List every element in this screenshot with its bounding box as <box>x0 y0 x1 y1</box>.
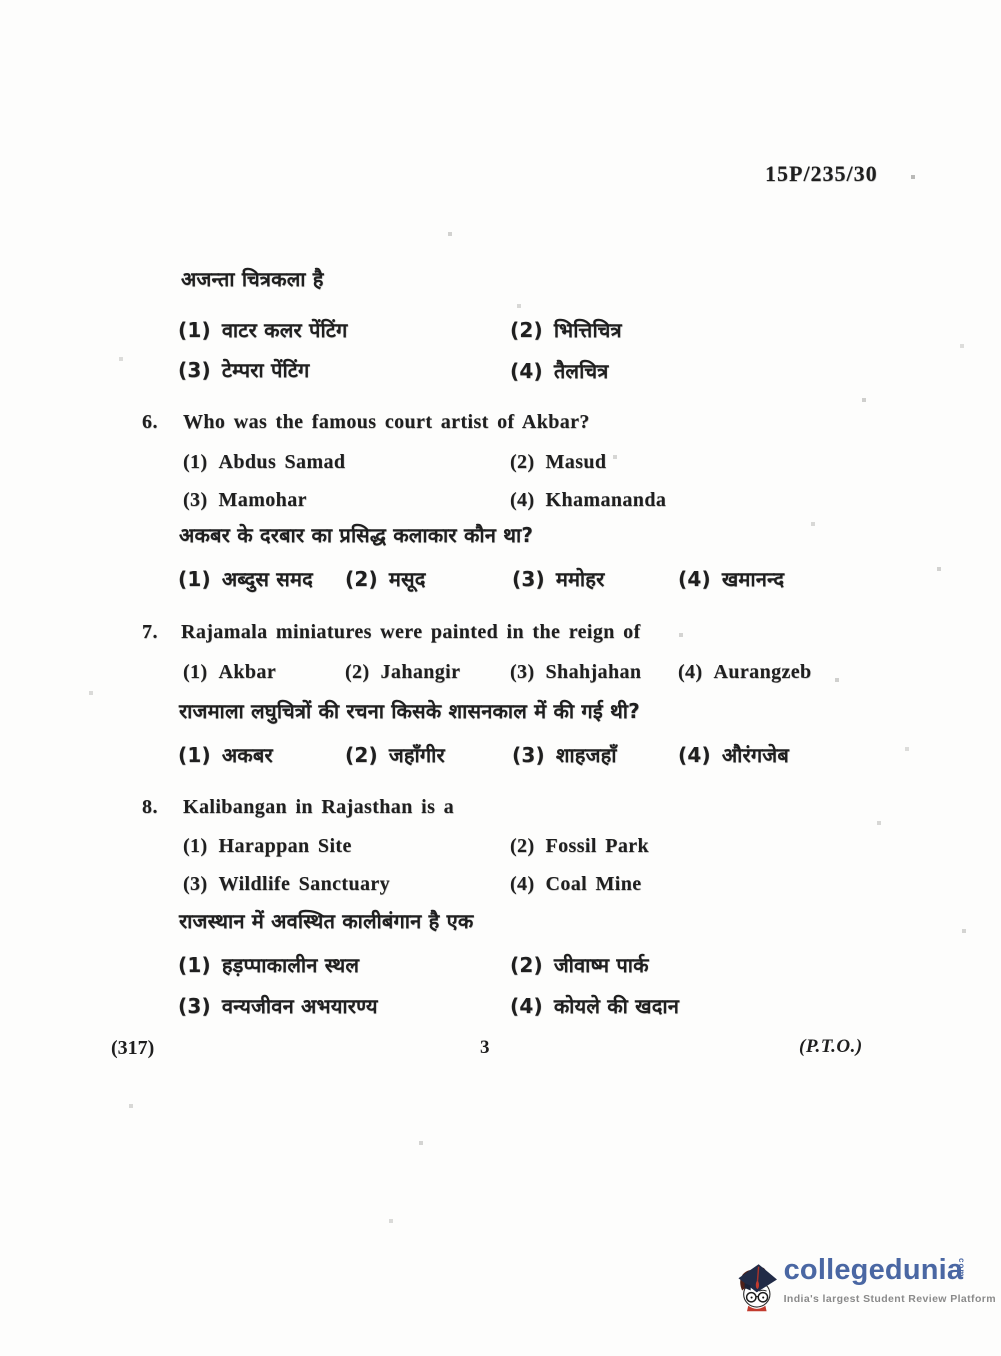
question-7-option-hi-4: (4)औरंगजेब <box>678 741 789 768</box>
option-text: वन्यजीवन अभयारण्य <box>222 994 378 1018</box>
option-marker: (4) <box>510 359 543 383</box>
option-marker: (4) <box>678 743 711 767</box>
option-marker: (3) <box>183 873 208 895</box>
option-text: Akbar <box>219 661 277 683</box>
option-text: टेम्परा पेंटिंग <box>222 358 310 382</box>
question-8-number: 8. <box>142 796 158 819</box>
question-6-stem-en: Who was the famous court artist of Akbar… <box>183 411 590 434</box>
option-marker: (1) <box>183 835 208 857</box>
question-8-stem-en: Kalibangan in Rajasthan is a <box>183 796 454 819</box>
option-text: तैलचित्र <box>554 359 609 383</box>
option-text: Harappan Site <box>219 835 352 857</box>
option-marker: (3) <box>512 743 545 767</box>
question-8-option-en-4: (4)Coal Mine <box>510 873 642 896</box>
option-marker: (1) <box>178 953 211 977</box>
pto-label: (P.T.O.) <box>799 1036 863 1058</box>
option-marker: (4) <box>678 567 711 591</box>
question-5-option-hi-1: (1)वाटर कलर पेंटिंग <box>178 316 347 343</box>
option-marker: (3) <box>178 358 211 382</box>
question-6-stem-hi: अकबर के दरबार का प्रसिद्ध कलाकार कौन था? <box>179 521 533 548</box>
option-text: अब्दुस समद <box>222 567 313 591</box>
option-marker: (2) <box>510 953 543 977</box>
option-text: भित्तिचित्र <box>554 318 622 342</box>
collegedunia-logo: collegedunia com India's largest Student… <box>736 1242 996 1328</box>
logo-brand-name: collegedunia <box>784 1256 964 1285</box>
question-8-stem-hi: राजस्थान में अवस्थित कालीबंगान है एक <box>179 907 473 934</box>
question-6-number: 6. <box>142 411 158 434</box>
option-text: Mamohar <box>219 489 307 511</box>
option-text: Jahangir <box>381 661 461 683</box>
question-8-option-en-2: (2)Fossil Park <box>510 835 649 858</box>
logo-domain-suffix: com <box>957 1258 966 1277</box>
question-8-option-hi-1: (1)हड़प्पाकालीन स्थल <box>178 951 359 978</box>
paper-code: 15P/235/30 <box>765 161 878 187</box>
option-marker: (1) <box>183 661 208 683</box>
question-8-option-hi-2: (2)जीवाष्म पार्क <box>510 951 649 978</box>
logo-tagline: India's largest Student Review Platform <box>784 1293 996 1305</box>
option-marker: (3) <box>183 489 208 511</box>
option-text: Aurangzeb <box>714 661 812 683</box>
option-marker: (2) <box>510 835 535 857</box>
option-text: हड़प्पाकालीन स्थल <box>222 953 359 977</box>
question-8-option-hi-4: (4)कोयले की खदान <box>510 992 679 1019</box>
option-marker: (2) <box>345 743 378 767</box>
question-8-option-en-1: (1)Harappan Site <box>183 835 352 858</box>
option-text: Coal Mine <box>546 873 642 895</box>
question-7-number: 7. <box>142 621 158 644</box>
option-marker: (4) <box>510 994 543 1018</box>
question-7-option-hi-1: (1)अकबर <box>178 741 273 768</box>
option-text: जीवाष्म पार्क <box>554 953 649 977</box>
option-marker: (2) <box>510 451 535 473</box>
question-6-option-en-2: (2)Masud <box>510 451 606 474</box>
option-marker: (4) <box>678 661 703 683</box>
question-7-option-en-3: (3)Shahjahan <box>510 661 641 684</box>
option-marker: (3) <box>512 567 545 591</box>
question-5-option-hi-2: (2)भित्तिचित्र <box>510 316 622 343</box>
option-text: कोयले की खदान <box>554 994 679 1018</box>
question-7-option-en-4: (4)Aurangzeb <box>678 661 812 684</box>
question-7-stem-en: Rajamala miniatures were painted in the … <box>181 621 641 644</box>
logo-text-block: collegedunia com India's largest Student… <box>784 1242 996 1305</box>
scan-noise <box>0 0 2 2</box>
option-marker: (3) <box>178 994 211 1018</box>
question-5-option-hi-4: (4)तैलचित्र <box>510 357 609 384</box>
question-7-option-en-2: (2)Jahangir <box>345 661 460 684</box>
question-6-option-hi-4: (4)खमानन्द <box>678 565 784 592</box>
option-text: Abdus Samad <box>219 451 346 473</box>
option-text: Khamananda <box>546 489 667 511</box>
question-6-option-hi-3: (3)ममोहर <box>512 565 605 592</box>
option-marker: (2) <box>345 567 378 591</box>
option-marker: (1) <box>183 451 208 473</box>
question-6-option-en-3: (3)Mamohar <box>183 489 307 512</box>
option-marker: (1) <box>178 318 211 342</box>
collegedunia-mascot-icon <box>736 1242 778 1328</box>
option-text: खमानन्द <box>722 567 784 591</box>
question-5-stem-hi: अजन्ता चित्रकला है <box>181 265 324 292</box>
question-5-option-hi-3: (3)टेम्परा पेंटिंग <box>178 356 309 383</box>
question-6-option-hi-1: (1)अब्दुस समद <box>178 565 313 592</box>
option-text: वाटर कलर पेंटिंग <box>222 318 348 342</box>
option-text: Fossil Park <box>546 835 650 857</box>
option-text: मसूद <box>389 567 426 591</box>
option-marker: (2) <box>345 661 370 683</box>
question-7-option-en-1: (1)Akbar <box>183 661 276 684</box>
question-8-option-hi-3: (3)वन्यजीवन अभयारण्य <box>178 992 378 1019</box>
question-8-option-en-3: (3)Wildlife Sanctuary <box>183 873 390 896</box>
option-marker: (2) <box>510 318 543 342</box>
option-marker: (4) <box>510 873 535 895</box>
option-text: Masud <box>546 451 607 473</box>
option-text: Wildlife Sanctuary <box>219 873 391 895</box>
option-marker: (1) <box>178 567 211 591</box>
question-6-option-hi-2: (2)मसूद <box>345 565 426 592</box>
question-6-option-en-4: (4)Khamananda <box>510 489 666 512</box>
option-text: शाहजहाँ <box>556 743 617 767</box>
question-6-option-en-1: (1)Abdus Samad <box>183 451 345 474</box>
option-text: जहाँगीर <box>389 743 445 767</box>
question-7-stem-hi: राजमाला लघुचित्रों की रचना किसके शासनकाल… <box>179 697 640 724</box>
option-text: औरंगजेब <box>722 743 789 767</box>
option-text: Shahjahan <box>546 661 642 683</box>
question-7-option-hi-3: (3)शाहजहाँ <box>512 741 617 768</box>
booklet-code: (317) <box>111 1037 154 1060</box>
question-7-option-hi-2: (2)जहाँगीर <box>345 741 445 768</box>
option-text: अकबर <box>222 743 273 767</box>
option-marker: (4) <box>510 489 535 511</box>
option-text: ममोहर <box>556 567 605 591</box>
option-marker: (1) <box>178 743 211 767</box>
scanned-question-paper-page: 15P/235/30 अजन्ता चित्रकला है (1)वाटर कल… <box>0 0 1001 1356</box>
option-marker: (3) <box>510 661 535 683</box>
page-number: 3 <box>480 1037 490 1059</box>
